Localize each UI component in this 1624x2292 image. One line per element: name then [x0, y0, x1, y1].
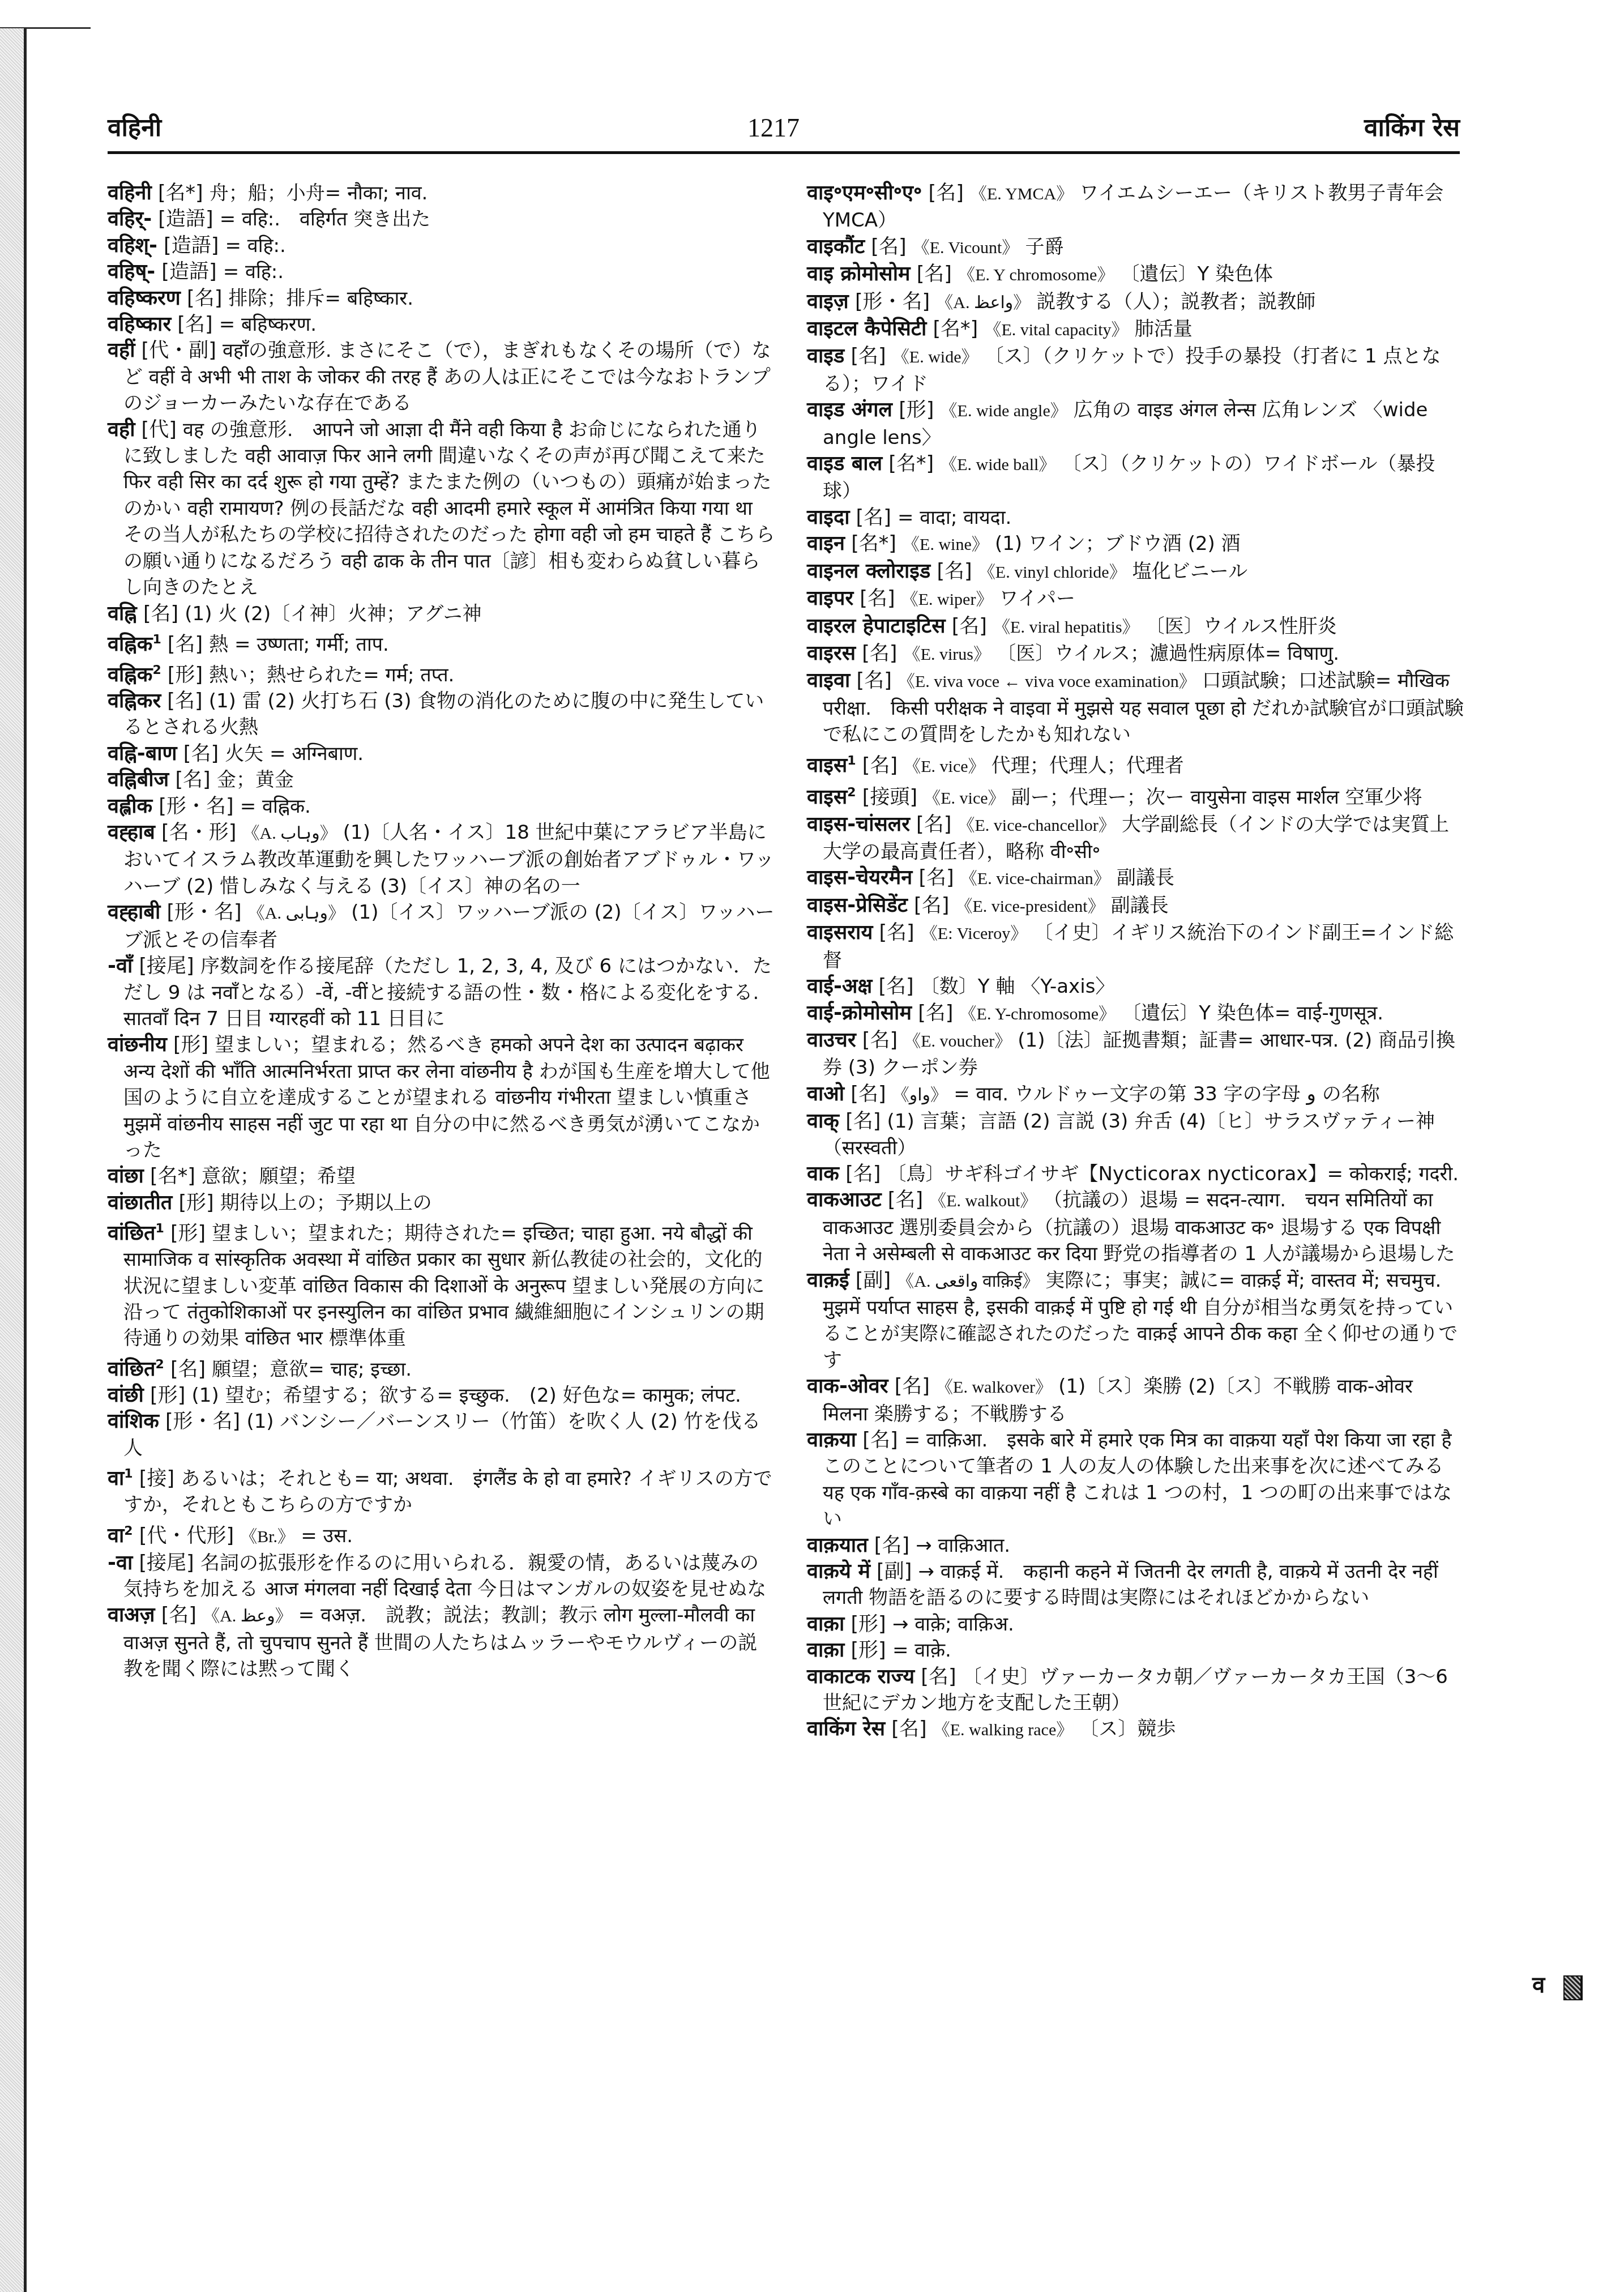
part-of-speech: [形] — [170, 1222, 206, 1245]
dictionary-entry: वाकआउट [名] 《E. walkout》 （抗議の）退場 = सदन-त्… — [807, 1187, 1464, 1267]
etymology: 《E. voucher》 — [904, 1032, 1011, 1051]
homonym-number: 1 — [155, 1222, 164, 1236]
dictionary-entry: वाइस-प्रेसिडेंट [名] 《E. vice-president》 … — [807, 893, 1464, 920]
part-of-speech: [名] — [857, 669, 892, 692]
dictionary-entry: वह्लीक [形・名] = वह्निक. — [108, 793, 776, 820]
part-of-speech: [名] — [183, 742, 219, 765]
dictionary-entry: वाक़या [名] = वाक़िआ. इसके बारे में हमारे… — [807, 1427, 1464, 1533]
part-of-speech: [名] — [917, 263, 952, 285]
definition: 火矢 = अग्निबाण. — [225, 742, 364, 765]
headword: वही — [108, 418, 135, 441]
definition: 〔鳥〕サギ科ゴイサギ【Nycticorax nycticorax】= कोकरा… — [887, 1163, 1459, 1185]
dictionary-entry: वाइस1 [名] 《E. vice》 代理；代理人；代理者 — [807, 748, 1464, 780]
definition: 願望；意欲= चाह; इच्छा. — [212, 1358, 412, 1381]
dictionary-entry: वाइपर [名] 《E. wiper》 ワイパー — [807, 586, 1464, 613]
part-of-speech: [名] — [851, 1083, 886, 1106]
etymology: 《E. virus》 — [904, 645, 990, 664]
definition: 序数詞を作る接尾辞（ただし 1, 2, 3, 4, 及び 6 にはつかない．ただ… — [123, 955, 778, 1030]
definition: 〔遺伝〕Y 染色体 — [1121, 263, 1273, 285]
dictionary-entry: वाक़ये में [副] → वाक़ई में. कहानी कहने म… — [807, 1559, 1464, 1611]
headword: वाक — [807, 1162, 839, 1185]
dictionary-entry: वांछा [名*] 意欲；願望；希望 — [108, 1163, 776, 1189]
part-of-speech: [名] — [874, 1534, 909, 1557]
homonym-number: 1 — [124, 1467, 133, 1481]
part-of-speech: [名*] — [158, 182, 203, 204]
homonym-number: 2 — [155, 1358, 164, 1372]
headword: वाकाटक राज्य — [807, 1665, 914, 1688]
etymology: 《A. وہابی》 — [248, 904, 345, 923]
etymology: 《E. wine》 — [903, 535, 989, 554]
headword: वह्निकर — [108, 689, 161, 712]
headword: वाइज़ — [807, 290, 849, 313]
dictionary-entry: वहिष्करण [名] 排除；排斥= बहिष्कार. — [108, 285, 776, 311]
definition: = उस. — [301, 1524, 353, 1547]
dictionary-entry: वह्निकर [名] (1) 雷 (2) 火打ち石 (3) 食物の消化のために… — [108, 688, 776, 741]
dictionary-entry: वह्हाब [名・形] 《A. وہاب》 (1)〔人名・イス〕18 世紀中葉… — [108, 820, 776, 899]
header-rule — [108, 151, 1460, 154]
etymology: 《A. وہاب》 — [243, 824, 337, 843]
headword: वहिष्करण — [108, 287, 181, 310]
dictionary-entry: वाक-ओवर [名] 《E. walkover》 (1)〔ス〕楽勝 (2)〔ス… — [807, 1373, 1464, 1427]
part-of-speech: [名] — [891, 1718, 926, 1740]
part-of-speech: [名] — [952, 615, 987, 638]
headword: वाइसराय — [807, 921, 873, 944]
dictionary-entry: वाक [名] 〔鳥〕サギ科ゴイサギ【Nycticorax nycticorax… — [807, 1161, 1464, 1187]
dictionary-entry: वाइ क्रोमोसोम [名] 《E. Y chromosome》 〔遺伝〕… — [807, 261, 1464, 288]
headword: वाक-ओवर — [807, 1375, 888, 1398]
part-of-speech: [副] — [856, 1269, 891, 1292]
dictionary-entry: वहीं [代・副] वहाँの強意形. まさにそこ（で），まぎれもなくその場所… — [108, 338, 776, 416]
dictionary-entry: वा1 [接] あるいは；それとも= या; अथवा. इंगलैंड के … — [108, 1461, 776, 1518]
headword: वा — [108, 1467, 124, 1490]
dictionary-entry: वाइटल कैपेसिटी [名*] 《E. vital capacity》 … — [807, 316, 1464, 343]
dictionary-entry: वहिश्- [造語] = वहि:. — [108, 233, 776, 259]
definition: (1) 言葉；言語 (2) 言説 (3) 弁舌 (4)〔ヒ〕サラスヴァティー神（… — [823, 1110, 1435, 1159]
definition: 〔医〕ウイルス；濾過性病原体= विषाणु. — [997, 642, 1339, 665]
dictionary-entry: वाइज़ [形・名] 《A. واعظ》 説教する（人）；説教者；説教師 — [807, 289, 1464, 316]
part-of-speech: [名] — [937, 560, 972, 583]
part-of-speech: [名] — [851, 345, 886, 368]
definition: (1) 火 (2)〔イ神〕火神；アグニ神 — [185, 603, 481, 625]
part-of-speech: [形] — [899, 399, 934, 421]
dictionary-entry: वाउचर [名] 《E. voucher》 (1)〔法〕証拠書類；証書= आध… — [807, 1027, 1464, 1081]
part-of-speech: [形] — [150, 1384, 185, 1407]
part-of-speech: [名] — [921, 1666, 956, 1688]
definition: = वाव. ウルドゥー文字の第 33 字の字母 و の名称 — [954, 1083, 1380, 1106]
headword: वाइनल क्लोराइड — [807, 560, 930, 583]
part-of-speech: [名] — [918, 867, 954, 889]
etymology: 《E. Vicount》 — [913, 238, 1019, 257]
headword: वह्नि — [108, 602, 137, 625]
part-of-speech: [形] — [851, 1613, 886, 1636]
headword: वाअज़ — [108, 1603, 155, 1627]
definition: = बहिष्करण. — [219, 313, 317, 336]
headword: वाइन — [807, 532, 845, 555]
headword: वाक् — [807, 1109, 839, 1133]
headword: वह्हाब — [108, 821, 155, 844]
headword: वाइड अंगल — [807, 398, 892, 421]
etymology: 《E. vinyl chloride》 — [978, 563, 1126, 582]
dictionary-entry: वह्हाबी [形・名] 《A. وہابی》 (1)〔イス〕ワッハーブ派の … — [108, 899, 776, 953]
dictionary-entry: वांछित1 [形] 望ましい；望まれた；期待された= इच्छित; चाह… — [108, 1216, 776, 1352]
dictionary-entry: वाइस-चांसलर [名] 《E. vice-chancellor》 大学副… — [807, 812, 1464, 865]
part-of-speech: [名] — [862, 754, 898, 776]
etymology: 《E. vice-president》 — [955, 897, 1104, 916]
part-of-speech: [名] — [175, 769, 210, 791]
part-of-speech: [名] — [871, 236, 906, 258]
dictionary-entry: वाइनल क्लोराइड [名] 《E. vinyl chloride》 塩… — [807, 558, 1464, 586]
definition: → वाक़े; वाक़िअ. — [892, 1613, 1014, 1636]
etymology: 《E. YMCA》 — [970, 185, 1073, 203]
headword: वाइ॰एम॰सी॰ए॰ — [807, 181, 922, 204]
headword: वाक़ा — [807, 1612, 844, 1636]
thumb-index-marker — [1563, 1975, 1583, 2000]
definition: → वाक़ई में. कहानी कहने में जितनी देर लग… — [823, 1560, 1438, 1609]
part-of-speech: [形・名] — [159, 795, 233, 818]
dictionary-entry: वाइदा [名] = वादा; वायदा. — [807, 505, 1464, 531]
part-of-speech: [名] — [161, 1604, 196, 1627]
headword: वाइरस — [807, 642, 856, 665]
etymology: 《E. vital capacity》 — [984, 321, 1128, 339]
dictionary-entry: वहिष्कार [名] = बहिष्करण. — [108, 311, 776, 338]
dictionary-entry: -वा [接尾] 名詞の拡張形を作るのに用いられる．親愛の情，あるいは蔑みの気持… — [108, 1550, 776, 1603]
part-of-speech: [形・名] — [165, 1410, 240, 1433]
headword: वाक़ई — [807, 1269, 849, 1292]
headword: वहिश्- — [108, 234, 157, 257]
definition: 〔ス〕競歩 — [1079, 1718, 1176, 1740]
part-of-speech: [接尾] — [139, 955, 194, 978]
etymology: 《E. vice-chancellor》 — [958, 816, 1116, 835]
etymology: 《E. wide angle》 — [941, 402, 1067, 420]
etymology: 《A. واقعی वाक़िई》 — [897, 1272, 1039, 1291]
etymology: 《E. wiper》 — [901, 590, 993, 609]
headword: वाइ क्रोमोसोम — [807, 262, 911, 285]
headword: वह्निक — [108, 633, 152, 656]
part-of-speech: [名] — [856, 506, 891, 529]
headword: वह्लीक — [108, 795, 152, 818]
part-of-speech: [名*] — [150, 1165, 195, 1188]
part-of-speech: [名*] — [933, 318, 978, 340]
definition: = वादा; वायदा. — [898, 506, 1011, 529]
part-of-speech: [造語] — [161, 261, 216, 283]
dictionary-entry: वांछनीय [形] 望ましい；望まれる；然るべき हमको अपने देश… — [108, 1032, 776, 1163]
part-of-speech: [名*] — [851, 532, 896, 555]
dictionary-entry: वहिर्- [造語] = वहि:. वहिर्गत 突き出た — [108, 206, 776, 232]
part-of-speech: [形] — [173, 1034, 208, 1056]
dictionary-entry: वाइकौंट [名] 《E. Vicount》 子爵 — [807, 234, 1464, 261]
part-of-speech: [名*] — [888, 453, 934, 475]
dictionary-entry: -वाँ [接尾] 序数詞を作る接尾辞（ただし 1, 2, 3, 4, 及び 6… — [108, 953, 776, 1032]
definition: = वाक़िआ. इसके बारे में हमारे एक मित्र क… — [823, 1429, 1452, 1530]
definition: 副ー；代理ー；次ー वायुसेना वाइस मार्शल 空軍少将 — [1011, 786, 1422, 808]
homonym-number: 2 — [124, 1524, 133, 1538]
part-of-speech: [名] — [168, 633, 203, 656]
headword: वाइस — [807, 785, 847, 808]
definition: = वह्निक. — [240, 795, 311, 818]
part-of-speech: [名] — [187, 287, 222, 310]
dictionary-entry: वाइन [名*] 《E. wine》 (1) ワイン；ブドウ酒 (2) 酒 — [807, 531, 1464, 558]
part-of-speech: [名] — [845, 1110, 881, 1133]
headword: वाई-क्रोमोसोम — [807, 1001, 912, 1025]
headword: वाइस-प्रेसिडेंट — [807, 894, 908, 917]
etymology: 《E. vice》 — [904, 757, 985, 775]
headword: वाइस-चेयरमैन — [807, 866, 912, 889]
headword: वांछनीय — [108, 1033, 167, 1056]
part-of-speech: [名] — [914, 894, 949, 917]
definition: 熱 = उष्णता; गर्मी; ताप. — [209, 633, 389, 656]
headword: वांछित — [108, 1358, 155, 1381]
part-of-speech: [形] — [178, 1192, 213, 1214]
definition: 〔医〕ウイルス性肝炎 — [1146, 615, 1337, 638]
definition: 舟；船；小舟= नौका; नाव. — [210, 182, 428, 204]
part-of-speech: [代・副] — [142, 339, 216, 362]
headword: वाउचर — [807, 1028, 856, 1052]
definition: 金；黄金 — [217, 769, 294, 791]
thumb-index-tab: व — [1532, 1971, 1600, 2005]
headword: वाओ — [807, 1082, 844, 1106]
dictionary-entry: वाक़ा [形] = वाक़े. — [807, 1637, 1464, 1663]
dictionary-entry: वाई-अक्ष [名] 〔数〕Y 軸 〈Y-axis〉 — [807, 974, 1464, 1000]
headword: वांशिक — [108, 1410, 159, 1433]
definition: ワイパー — [999, 587, 1075, 610]
headword: वहिर्- — [108, 207, 152, 231]
part-of-speech: [形] — [851, 1639, 886, 1662]
part-of-speech: [接頭] — [862, 786, 917, 808]
dictionary-entry: वाक़ई [副] 《A. واقعی वाक़िई》 実際に；事実；誠に= व… — [807, 1267, 1464, 1374]
headword: वाकआउट — [807, 1188, 882, 1211]
dictionary-entry: वह्नि-बाण [名] 火矢 = अग्निबाण. — [108, 741, 776, 767]
headword: वाक़या — [807, 1428, 856, 1452]
etymology: 《E. vice-chairman》 — [960, 869, 1110, 888]
definition: 副議長 — [1111, 894, 1169, 917]
part-of-speech: [代] — [142, 419, 177, 441]
part-of-speech: [名] — [878, 975, 913, 998]
definition: = वहि:. वहिर्गत 突き出た — [220, 208, 430, 231]
headword: वाक़ये में — [807, 1560, 870, 1583]
dictionary-entry: वाइड [名] 《E. wide》 〔ス〕（クリケットで）投手の暴投（打者に … — [807, 343, 1464, 397]
right-column: वाइ॰एम॰सी॰ए॰ [名] 《E. YMCA》 ワイエムシーエー（キリスト… — [807, 180, 1464, 1744]
page-number: 1217 — [747, 111, 800, 145]
headword: वांछी — [108, 1384, 144, 1407]
part-of-speech: [造語] — [158, 208, 213, 231]
dictionary-entry: वाक़ा [形] → वाक़े; वाक़िअ. — [807, 1611, 1464, 1637]
homonym-number: 2 — [152, 663, 161, 677]
headword: वह्निक — [108, 663, 152, 686]
definition: 名詞の拡張形を作るのに用いられる．親愛の情，あるいは蔑みの気持ちを加える आज … — [123, 1552, 766, 1600]
part-of-speech: [副] — [877, 1560, 912, 1583]
definition: 説教する（人）；説教者；説教師 — [1036, 291, 1315, 313]
dictionary-entry: वांशिक [形・名] (1) バンシー／バーンスリー（竹笛）を吹く人 (2)… — [108, 1409, 776, 1461]
dictionary-entry: वही [代] वह の強意形. आपने जो आज्ञा दी मैंने … — [108, 417, 776, 601]
headword: वह्निबीज — [108, 768, 169, 791]
headword: वहिनी — [108, 181, 152, 204]
part-of-speech: [名] — [860, 587, 895, 610]
part-of-speech: [名] — [918, 1002, 953, 1025]
etymology: 《E. Y chromosome》 — [958, 266, 1114, 284]
dictionary-entry: वाई-क्रोमोसोम [名] 《E. Y-chromosome》 〔遺伝〕… — [807, 1000, 1464, 1027]
definition: あるいは；それとも= या; अथवा. इंगलैंड के हो वा हम… — [123, 1467, 772, 1516]
etymology: 《Br.》 — [240, 1527, 294, 1546]
definition: 肺活量 — [1135, 318, 1193, 340]
part-of-speech: [代・代形] — [139, 1524, 234, 1547]
headword: -वा — [108, 1551, 133, 1574]
dictionary-entry: वाइसराय [名] 《E: Viceroy》 〔イ史〕イギリス統治下のインド… — [807, 920, 1464, 974]
headword: वहीं — [108, 339, 135, 362]
definition: 〔数〕Y 軸 〈Y-axis〉 — [920, 975, 1115, 998]
dictionary-entry: वा2 [代・代形] 《Br.》 = उस. — [108, 1518, 776, 1550]
dictionary-entry: वांछित2 [名] 願望；意欲= चाह; इच्छा. — [108, 1352, 776, 1382]
dictionary-entry: वाकाटक राज्य [名] 〔イ史〕ヴァーカータカ朝／ヴァーカータカ王国（… — [807, 1664, 1464, 1717]
dictionary-entry: वाक् [名] (1) 言葉；言語 (2) 言説 (3) 弁舌 (4)〔ヒ〕サ… — [807, 1108, 1464, 1161]
part-of-speech: [造語] — [164, 234, 219, 257]
etymology: 《E: Viceroy》 — [921, 924, 1027, 943]
headword: वा — [108, 1523, 124, 1547]
headword: वांछातीत — [108, 1191, 172, 1214]
part-of-speech: [名] — [845, 1163, 881, 1185]
homonym-number: 1 — [847, 754, 856, 768]
headword: वह्हाबी — [108, 900, 160, 924]
thumb-index-letter: व — [1532, 1971, 1545, 1999]
headword: वाइड बाल — [807, 452, 882, 475]
running-head-last-entry: वाकिंग रेस — [1364, 111, 1460, 145]
dictionary-entry: वह्निक2 [形] 熱い；熱せられた= गर्म; तप्त. — [108, 658, 776, 688]
running-head-first-entry: वहिनी — [108, 111, 161, 145]
homonym-number: 1 — [152, 633, 161, 647]
headword: वहिष्कार — [108, 313, 171, 336]
headword: वाकिंग रेस — [807, 1717, 885, 1740]
etymology: 《E. viva voce ← viva voce examination》 — [898, 672, 1196, 691]
part-of-speech: [名] — [929, 182, 964, 204]
headword: वाक़ा — [807, 1638, 844, 1662]
headword: वाइरल हेपाटाइटिस — [807, 614, 946, 638]
definition: (1) 望む；希望する；欲する= इच्छुक. (2) 好色な= कामुक;… — [192, 1384, 741, 1407]
part-of-speech: [名] — [916, 813, 951, 836]
definition: 期待以上の；予期以上の — [220, 1192, 432, 1214]
part-of-speech: [名] — [888, 1189, 923, 1211]
headword: वाइकौंट — [807, 235, 865, 258]
etymology: 《E. walking race》 — [933, 1721, 1073, 1739]
homonym-number: 2 — [847, 786, 856, 800]
headword: वाइस — [807, 753, 847, 776]
etymology: 《E. walkover》 — [936, 1378, 1052, 1397]
part-of-speech: [名] — [167, 690, 202, 712]
definition: = वहि:. — [223, 261, 284, 283]
dictionary-entry: वाकिंग रेस [名] 《E. walking race》 〔ス〕競歩 — [807, 1716, 1464, 1743]
etymology: 《A. واعظ》 — [936, 293, 1030, 312]
etymology: 《E. wide ball》 — [940, 455, 1055, 474]
headword: वांछित — [108, 1222, 155, 1245]
dictionary-entry: वाइस2 [接頭] 《E. vice》 副ー；代理ー；次ー वायुसेना … — [807, 780, 1464, 812]
etymology: 《E. wide》 — [892, 348, 978, 366]
headword: वाई-अक्ष — [807, 975, 872, 998]
dictionary-entry: वहिनी [名*] 舟；船；小舟= नौका; नाव. — [108, 180, 776, 206]
definition: (1) 雷 (2) 火打ち石 (3) 食物の消化のために腹の中に発生しているとさ… — [123, 690, 764, 739]
etymology: 《E. Y-chromosome》 — [960, 1005, 1116, 1023]
definition: 塩化ビニール — [1132, 560, 1247, 583]
etymology: 《A. وعظ》 — [203, 1607, 292, 1625]
headword: वहिष्- — [108, 260, 155, 283]
headword: -वाँ — [108, 954, 133, 978]
dictionary-entry: वह्निबीज [名] 金；黄金 — [108, 767, 776, 793]
definition: = वाक़े. — [892, 1639, 951, 1662]
definition: वहाँの強意形. まさにそこ（で），まぎれもなくその場所（で）など वहीं … — [123, 339, 771, 415]
etymology: 《E. walkout》 — [929, 1192, 1037, 1210]
dictionary-entry: वह्निक1 [名] 熱 = उष्णता; गर्मी; ताप. — [108, 627, 776, 658]
headword: वाक़यात — [807, 1534, 868, 1557]
definition: 〔イ史〕ヴァーカータカ朝／ヴァーカータカ王国（3〜6 世紀にデカン地方を支配した… — [823, 1666, 1448, 1714]
dictionary-entry: वहिष्- [造語] = वहि:. — [108, 259, 776, 285]
headword: वाइटल कैपेसिटी — [807, 317, 926, 340]
definition: 望ましい；望まれた；期待された= इच्छित; चाहा हुआ. नये ब… — [123, 1222, 764, 1350]
part-of-speech: [名] — [879, 921, 914, 944]
dictionary-entry: वाइरस [名] 《E. virus》 〔医〕ウイルス；濾過性病原体= विष… — [807, 641, 1464, 668]
definition: 排除；排斥= बहिष्कार. — [228, 287, 413, 310]
left-column: वहिनी [名*] 舟；船；小舟= नौका; नाव.वहिर्- [造語]… — [108, 180, 776, 1683]
part-of-speech: [名] — [862, 642, 897, 665]
definition: 意欲；願望；希望 — [202, 1165, 356, 1188]
part-of-speech: [名] — [895, 1375, 930, 1398]
definition: 子爵 — [1025, 236, 1064, 258]
dictionary-entry: वाइड बाल [名*] 《E. wide ball》 〔ス〕（クリケットの）… — [807, 451, 1464, 505]
part-of-speech: [形] — [168, 664, 203, 686]
dictionary-entry: वाक़यात [名] → वाक़िआत. — [807, 1533, 1464, 1559]
dictionary-entry: वह्नि [名] (1) 火 (2)〔イ神〕火神；アグニ神 — [108, 601, 776, 627]
definition: → वाक़िआत. — [916, 1534, 1010, 1557]
dictionary-entry: वाइ॰एम॰सी॰ए॰ [名] 《E. YMCA》 ワイエムシーエー（キリスト… — [807, 180, 1464, 234]
scan-binding-edge — [0, 28, 27, 2292]
dictionary-entry: वांछी [形] (1) 望む；希望する；欲する= इच्छुक. (2) 好… — [108, 1382, 776, 1409]
definition: 望ましい；望まれる；然るべき हमको अपने देश का उत्पादन … — [123, 1034, 770, 1162]
part-of-speech: [名] — [862, 1429, 898, 1452]
definition: = वहि:. — [225, 234, 285, 257]
part-of-speech: [名・形] — [161, 821, 236, 844]
dictionary-entry: वाइवा [名] 《E. viva voce ← viva voce exam… — [807, 668, 1464, 748]
headword: वह्नि-बाण — [108, 742, 177, 765]
headword: वाइड — [807, 344, 844, 368]
definition: 代理；代理人；代理者 — [992, 754, 1184, 776]
definition: 〔イ史〕イギリス統治下のインド副王=インド総督 — [823, 921, 1454, 971]
headword: वांछा — [108, 1164, 144, 1188]
part-of-speech: [接] — [139, 1467, 174, 1490]
etymology: 《E. viral hepatitis》 — [993, 618, 1139, 637]
part-of-speech: [名] — [170, 1358, 206, 1381]
part-of-speech: [形・名] — [166, 901, 241, 924]
etymology: 《واو》 — [892, 1086, 947, 1104]
part-of-speech: [名] — [862, 1029, 898, 1052]
headword: वाइस-चांसलर — [807, 813, 910, 836]
dictionary-entry: वाइड अंगल [形] 《E. wide angle》 広角の वाइड अ… — [807, 397, 1464, 451]
dictionary-entry: वाइस-चेयरमैन [名] 《E. vice-chairman》 副議長 — [807, 865, 1464, 892]
dictionary-entry: वाअज़ [名] 《A. وعظ》 = वअज़. 説教；説法；教訓；教示 ल… — [108, 1602, 776, 1682]
part-of-speech: [形・名] — [855, 291, 930, 313]
headword: वाइदा — [807, 506, 849, 529]
definition: (1) ワイン；ブドウ酒 (2) 酒 — [995, 532, 1241, 555]
definition: 副議長 — [1117, 867, 1174, 889]
etymology: 《E. vice》 — [924, 788, 1005, 807]
headword: वाइपर — [807, 587, 853, 610]
part-of-speech: [名] — [143, 603, 178, 625]
dictionary-entry: वांछातीत [形] 期待以上の；予期以上の — [108, 1190, 776, 1216]
dictionary-entry: वाओ [名] 《واو》 = वाव. ウルドゥー文字の第 33 字の字母 و… — [807, 1081, 1464, 1108]
headword: वाइवा — [807, 669, 850, 692]
definition: 熱い；熱せられた= गर्म; तप्त. — [209, 664, 454, 686]
definition: 〔遺伝〕Y 染色体= वाई-गुणसूत्र. — [1122, 1002, 1383, 1025]
dictionary-entry: वाइरल हेपाटाइटिस [名] 《E. viral hepatitis… — [807, 613, 1464, 641]
definition: वह の強意形. आपने जो आज्ञा दी मैंने वही किया… — [123, 419, 775, 599]
part-of-speech: [接尾] — [139, 1552, 194, 1574]
part-of-speech: [名] — [177, 313, 212, 336]
page-header: वहिनी 1217 वाकिंग रेस — [108, 108, 1460, 147]
